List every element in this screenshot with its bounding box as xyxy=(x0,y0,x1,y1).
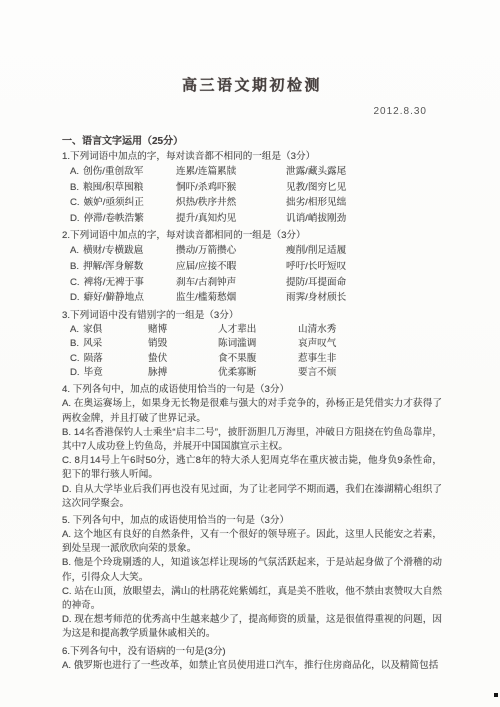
option-text: 刹车/古刹钟声 xyxy=(176,275,286,291)
option-text: 惹事生非 xyxy=(298,352,442,366)
option-row: C.陨落 蛰伏 食不果腹 惹事生非 xyxy=(62,352,442,366)
option-text: 讥诮/峭拔刚劲 xyxy=(286,211,442,227)
option-text: 连累/连篇累牍 xyxy=(176,164,286,180)
option-paragraph: C. 8月14号上午6时50分，逃亡8年的特大杀人犯周克华在重庆被击毙，他身负9… xyxy=(62,454,442,482)
option-label: B. xyxy=(70,182,79,193)
option-row: A.横财/专横跋扈 攒动/万箭攒心 瘦削/削足适履 xyxy=(62,243,442,259)
option-cell: C.裨将/无裨于事 xyxy=(70,275,176,291)
section-heading: 一、语言文字运用（25分） xyxy=(62,132,442,147)
option-paragraph: D. 自从大学毕业后我们再也没有见过面，为了让老同学不期而遇，我们在溱湖精心组织… xyxy=(62,483,442,511)
option-paragraph: A. 在奥运赛场上，如果身无长物是很难与强大的对手竞争的，孙杨正是凭借实力才获得… xyxy=(62,397,442,425)
option-label: B. xyxy=(70,338,79,349)
option-text: 毕竟 xyxy=(84,367,103,378)
question-6: 6.下列各句中，没有语病的一句是(3分) A. 俄罗斯也进行了一些改革，如禁止官… xyxy=(62,645,442,673)
option-text: 陈词滥调 xyxy=(218,337,298,351)
option-label: A. xyxy=(70,324,79,335)
option-text: 销毁 xyxy=(148,337,218,351)
option-label: A. xyxy=(70,166,79,177)
option-text: 要言不烦 xyxy=(298,366,442,380)
option-text: 提升/真知灼见 xyxy=(176,211,286,227)
scan-artifact-dot xyxy=(494,693,498,697)
option-label: A. xyxy=(70,245,79,256)
option-label: B. xyxy=(70,261,79,272)
option-row: D.停滞/卷帙浩繁 提升/真知灼见 讥诮/峭拔刚劲 xyxy=(62,211,442,227)
option-paragraph: C. 站在山顶，放眼望去，满山的杜鹃花姹紫嫣红，真是美不胜收，他不禁由衷赞叹大自… xyxy=(62,585,442,613)
option-label: C. xyxy=(70,277,80,288)
option-text: 拙劣/相形见绌 xyxy=(286,195,442,211)
option-text: 恫吓/杀鸡吓猴 xyxy=(176,180,286,196)
option-text: 优柔寡断 xyxy=(218,366,298,380)
option-label: D. xyxy=(70,292,80,303)
question-4: 4. 下列各句中，加点的成语使用恰当的一句是（3分） A. 在奥运赛场上，如果身… xyxy=(62,383,442,511)
option-text: 风采 xyxy=(83,338,102,349)
option-paragraph: D. 现在想考师范的优秀高中生越来越少了，提高师资的质量，这是很值得重视的问题，… xyxy=(62,613,442,641)
option-text: 脉搏 xyxy=(148,366,218,380)
option-text: 提防/耳提面命 xyxy=(286,275,442,291)
option-row: B.押解/浑身解数 应届/应接不暇 呼吁/长吁短叹 xyxy=(62,259,442,275)
option-text: 食不果腹 xyxy=(218,352,298,366)
option-row: B.粮囤/积草囤粮 恫吓/杀鸡吓猴 见教/图穷匕见 xyxy=(62,180,442,196)
page-title: 高三语文期初检测 xyxy=(62,74,442,95)
option-cell: D.癖好/僻静地点 xyxy=(70,290,176,306)
question-stem: 3.下列词语中没有错别字的一组是（3分） xyxy=(62,309,442,323)
option-row: D.毕竟 脉搏 优柔寡断 要言不烦 xyxy=(62,366,442,380)
question-stem: 5. 下列各句中，加点的成语使用恰当的一句是（3分） xyxy=(62,514,442,528)
question-5: 5. 下列各句中，加点的成语使用恰当的一句是（3分） A. 这个地区有良好的自然… xyxy=(62,514,442,642)
option-text: 泄露/藏头露尾 xyxy=(286,164,442,180)
option-row: A.创伤/重创敌军 连累/连篇累牍 泄露/藏头露尾 xyxy=(62,164,442,180)
option-text: 瘦削/削足适履 xyxy=(286,243,442,259)
question-stem: 6.下列各句中，没有语病的一句是(3分) xyxy=(62,645,442,659)
option-row: D.癖好/僻静地点 监生/槛菊愁烟 雨霁/身材颀长 xyxy=(62,290,442,306)
option-text: 应届/应接不暇 xyxy=(176,259,286,275)
exam-scan-page: 高三语文期初检测 2012.8.30 一、语言文字运用（25分） 1.下列词语中… xyxy=(0,0,500,707)
option-text: 雨霁/身材颀长 xyxy=(286,290,442,306)
option-cell: D.停滞/卷帙浩繁 xyxy=(70,211,176,227)
option-text: 哀声叹气 xyxy=(298,337,442,351)
option-text: 监生/槛菊愁烟 xyxy=(176,290,286,306)
option-text: 粮囤/积草囤粮 xyxy=(83,182,143,193)
option-cell: D.毕竟 xyxy=(70,366,148,380)
page-content: 高三语文期初检测 2012.8.30 一、语言文字运用（25分） 1.下列词语中… xyxy=(0,0,500,673)
option-text: 家俱 xyxy=(83,324,102,335)
option-cell: C.陨落 xyxy=(70,352,148,366)
option-label: D. xyxy=(70,367,80,378)
option-paragraph: A. 这个地区有良好的自然条件，又有一个很好的领导班子。因此，这里人民能安之若素… xyxy=(62,528,442,556)
option-cell: B.风采 xyxy=(70,337,148,351)
question-3: 3.下列词语中没有错别字的一组是（3分） A.家俱 赌博 人才辈出 山清水秀 B… xyxy=(62,309,442,381)
option-label: C. xyxy=(70,353,80,364)
question-stem: 1.下列词语中加点的字，每对读音都不相同的一组是（3分） xyxy=(62,150,442,164)
option-paragraph: A. 俄罗斯也进行了一些改革，如禁止官员使用进口汽车，推行住房商品化，以及精简包… xyxy=(62,659,442,673)
option-row: B.风采 销毁 陈词滥调 哀声叹气 xyxy=(62,337,442,351)
option-text: 癖好/僻静地点 xyxy=(84,292,144,303)
option-text: 呼吁/长吁短叹 xyxy=(286,259,442,275)
option-text: 蛰伏 xyxy=(148,352,218,366)
option-cell: B.粮囤/积草囤粮 xyxy=(70,180,176,196)
option-row: C.裨将/无裨于事 刹车/古刹钟声 提防/耳提面命 xyxy=(62,275,442,291)
option-cell: A.家俱 xyxy=(70,323,148,337)
option-cell: A.创伤/重创敌军 xyxy=(70,164,176,180)
option-text: 创伤/重创敌军 xyxy=(83,166,143,177)
option-cell: A.横财/专横跋扈 xyxy=(70,243,176,259)
question-stem: 2.下列词语中加点的字，每对读音都相同的一组是（3分） xyxy=(62,229,442,243)
option-label: C. xyxy=(70,197,80,208)
option-text: 押解/浑身解数 xyxy=(83,261,143,272)
option-text: 停滞/卷帙浩繁 xyxy=(84,213,144,224)
question-1: 1.下列词语中加点的字，每对读音都不相同的一组是（3分） A.创伤/重创敌军 连… xyxy=(62,150,442,226)
option-row: C.嫉妒/亟须纠正 炽热/秩序井然 拙劣/相形见绌 xyxy=(62,195,442,211)
option-text: 陨落 xyxy=(84,353,103,364)
option-cell: B.押解/浑身解数 xyxy=(70,259,176,275)
option-text: 人才辈出 xyxy=(218,323,298,337)
option-text: 横财/专横跋扈 xyxy=(83,245,143,256)
option-paragraph: B. 他是个玲珑剔透的人，知道该怎样让现场的气氛活跃起来，于是站起身做了个滑稽的… xyxy=(62,556,442,584)
option-text: 炽热/秩序井然 xyxy=(176,195,286,211)
exam-date: 2012.8.30 xyxy=(62,106,442,117)
option-paragraph: B. 14名香港保钓人士乘坐“启丰二号”，披肝沥胆几万海里，冲破日方阻挠在钓鱼岛… xyxy=(62,426,442,454)
option-row: A.家俱 赌博 人才辈出 山清水秀 xyxy=(62,323,442,337)
option-text: 裨将/无裨于事 xyxy=(84,277,144,288)
option-cell: C.嫉妒/亟须纠正 xyxy=(70,195,176,211)
question-2: 2.下列词语中加点的字，每对读音都相同的一组是（3分） A.横财/专横跋扈 攒动… xyxy=(62,229,442,305)
option-text: 见教/图穷匕见 xyxy=(286,180,442,196)
option-label: D. xyxy=(70,213,80,224)
option-text: 嫉妒/亟须纠正 xyxy=(84,197,144,208)
option-text: 攒动/万箭攒心 xyxy=(176,243,286,259)
option-text: 赌博 xyxy=(148,323,218,337)
question-stem: 4. 下列各句中，加点的成语使用恰当的一句是（3分） xyxy=(62,383,442,397)
option-text: 山清水秀 xyxy=(298,323,442,337)
